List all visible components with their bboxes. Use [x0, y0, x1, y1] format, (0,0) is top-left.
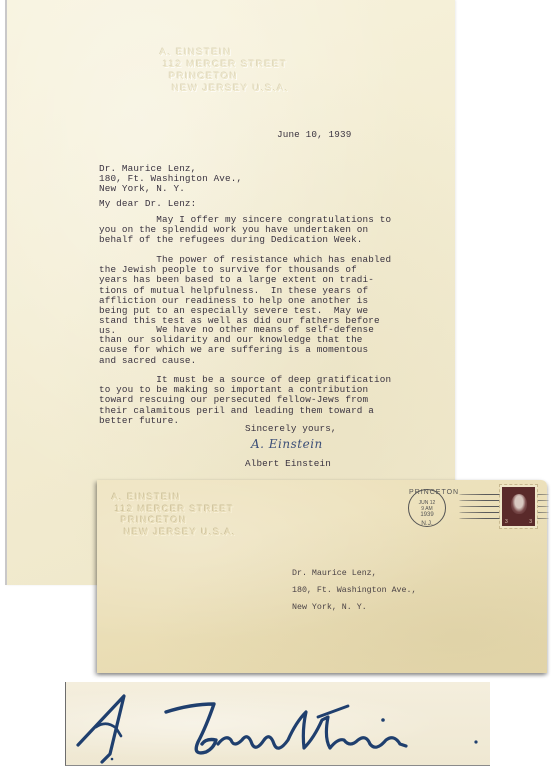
postmark-icon: PRINCETON JUN 12 9 AM 1939 N.J.	[408, 489, 446, 527]
letterhead-embossed: A. Einstein 112 Mercer Street Princeton …	[160, 47, 289, 95]
stamp-value-right: 3	[529, 519, 532, 525]
envelope-return-address: A. Einstein 112 Mercer Street Princeton …	[112, 492, 236, 538]
postmark-year: 1939	[409, 512, 445, 518]
recipient-address: Dr. Maurice Lenz, 180, Ft. Washington Av…	[99, 164, 242, 195]
postmark-date: JUN 12 9 AM	[409, 500, 445, 512]
letter-date: June 10, 1939	[277, 130, 351, 140]
envelope: A. Einstein 112 Mercer Street Princeton …	[97, 480, 547, 673]
letterhead-line-4: New Jersey U.S.A.	[160, 83, 289, 95]
return-line-2: 112 Mercer Street	[112, 504, 236, 516]
return-line-4: New Jersey U.S.A.	[112, 527, 236, 539]
paragraph-3: We have no other means of self-defense t…	[99, 325, 374, 366]
paragraph-1: May I offer my sincere congratulations t…	[99, 215, 391, 246]
signature-closeup-icon	[66, 682, 490, 765]
envelope-address-line-2: 180, Ft. Washington Ave.,	[292, 586, 416, 595]
closing: Sincerely yours,	[245, 424, 337, 434]
handwritten-signature: A. Einstein	[251, 437, 323, 451]
postage-stamp-icon: 3 3	[500, 485, 537, 528]
return-line-1: A. Einstein	[112, 492, 236, 504]
return-line-3: Princeton	[112, 515, 236, 527]
recipient-line-3: New York, N. Y.	[99, 183, 185, 194]
letterhead-line-2: 112 Mercer Street	[160, 59, 289, 71]
paragraph-4: It must be a source of deep gratificatio…	[99, 375, 391, 426]
envelope-address-line-3: New York, N. Y.	[292, 603, 367, 612]
postmark-city: PRINCETON	[409, 489, 445, 496]
stamp-value-left: 3	[505, 519, 508, 525]
signature-closeup: A. Einstein.	[65, 682, 490, 766]
envelope-address-line-1: Dr. Maurice Lenz,	[292, 569, 377, 578]
letterhead-line-1: A. Einstein	[160, 47, 289, 59]
letterhead-line-3: Princeton	[160, 71, 289, 83]
typed-name: Albert Einstein	[245, 459, 331, 469]
postmark-state: N.J.	[409, 520, 445, 527]
stamp-denomination: 3 3	[505, 519, 532, 525]
envelope-address: Dr. Maurice Lenz, 180, Ft. Washington Av…	[292, 565, 416, 616]
salutation: My dear Dr. Lenz:	[99, 199, 196, 209]
stamp-portrait-icon	[511, 494, 527, 514]
